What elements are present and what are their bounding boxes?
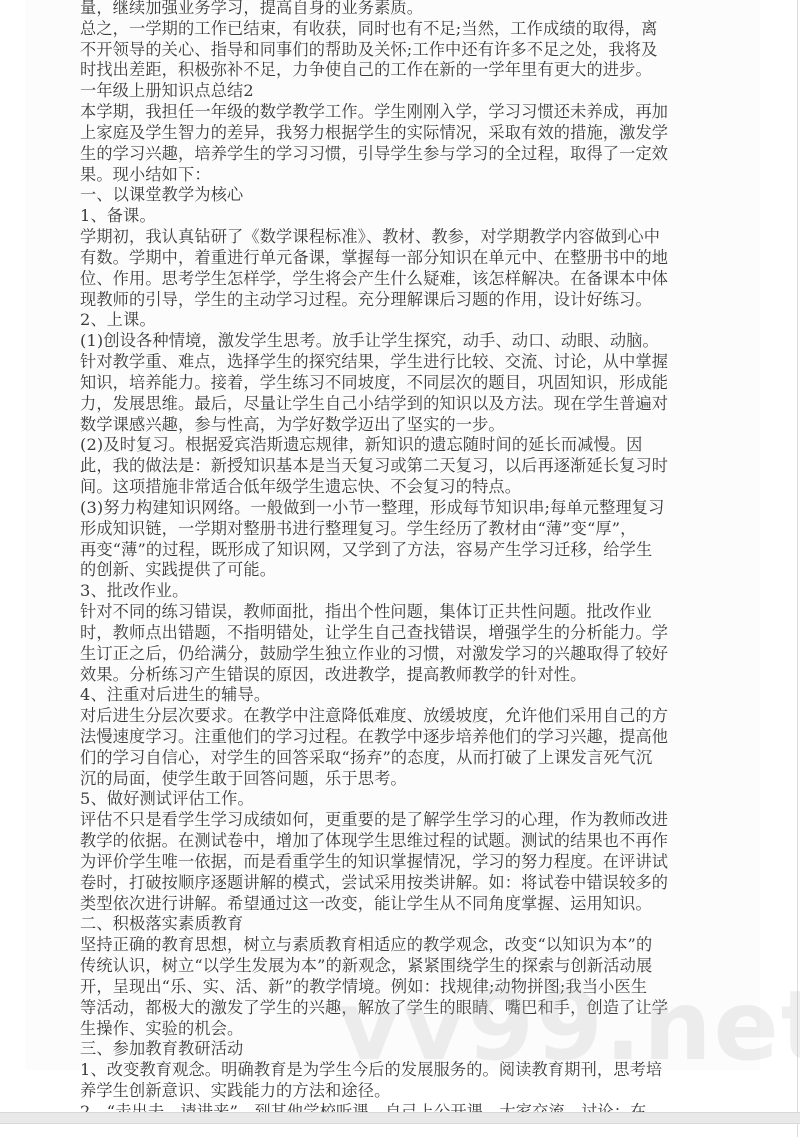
text-line: 数学课感兴趣，参与性高，为学好数学迈出了坚实的一步。 [80,415,725,436]
text-line: 间。这项措施非常适合低年级学生遗忘快、不会复习的特点。 [80,477,725,498]
text-line: 5、做好测试评估工作。 [80,789,725,810]
text-line: 量，继续加强业务学习，提高自身的业务素质。 [80,0,725,19]
text-line: 本学期，我担任一年级的数学教学工作。学生刚刚入学，学习习惯还未养成，再加 [80,102,725,123]
text-line: 法慢速度学习。注重他们的学习过程。在教学中逐步培养他们的学习兴趣，提高他 [80,727,725,748]
text-line: 一年级上册知识点总结2 [80,81,725,102]
text-line: 2、上课。 [80,310,725,331]
text-line: 总之，一学期的工作已结束，有收获，同时也有不足;当然，工作成绩的取得，离 [80,19,725,40]
text-line: (2)及时复习。根据爱宾浩斯遗忘规律，新知识的遗忘随时间的延长而减慢。因 [80,435,725,456]
page-separator [0,1112,800,1124]
text-line: 果。现小结如下： [80,165,725,186]
text-line: 的创新、实践提供了可能。 [80,560,725,581]
next-page [0,1124,798,1137]
text-line: 位、作用。思考学生怎样学，学生将会产生什么疑难，该怎样解决。在备课本中体 [80,269,725,290]
text-line: 时找出差距，积极弥补不足，力争使自己的工作在新的一学年里有更大的进步。 [80,60,725,81]
text-line: 形成知识链，一学期对整册书进行整理复习。学生经历了教材由“薄”变“厚”， [80,519,725,540]
text-line: 们的学习自信心，对学生的回答采取“扬弃”的态度，从而打破了上课发言死气沉 [80,748,725,769]
document-page: 量，继续加强业务学习，提高自身的业务素质。总之，一学期的工作已结束，有收获，同时… [0,0,798,1112]
text-line: 学期初，我认真钻研了《数学课程标准》、教材、教参，对学期教学内容做到心中 [80,227,725,248]
text-line: 效果。分析练习产生错误的原因，改进教学，提高教师教学的针对性。 [80,665,725,686]
text-line: 一、以课堂教学为核心 [80,185,725,206]
document-body: 量，继续加强业务学习，提高自身的业务素质。总之，一学期的工作已结束，有收获，同时… [80,0,725,1123]
text-line: 教学的依据。在测试卷中，增加了体现学生思维过程的试题。测试的结果也不再作 [80,831,725,852]
text-line: 生的学习兴趣，培养学生的学习习惯，引导学生参与学习的全过程，取得了一定效 [80,144,725,165]
text-line: 不开领导的关心、指导和同事们的帮助及关怀;工作中还有许多不足之处，我将及 [80,40,725,61]
text-line: 4、注重对后进生的辅导。 [80,685,725,706]
text-line: 养学生创新意识、实践能力的方法和途径。 [80,1081,725,1102]
text-line: 评估不只是看学生学习成绩如何，更重要的是了解学生学习的心理，作为教师改进 [80,810,725,831]
text-line: 再变“薄”的过程，既形成了知识网，又学到了方法，容易产生学习迁移，给学生 [80,540,725,561]
text-line: 二、积极落实素质教育 [80,914,725,935]
text-line: 卷时，打破按顺序逐题讲解的模式，尝试采用按类讲解。如：将试卷中错误较多的 [80,873,725,894]
text-line: (3)努力构建知识网络。一般做到一小节一整理，形成每节知识串;每单元整理复习 [80,498,725,519]
text-line: 有数。学期中，着重进行单元备课，掌握每一部分知识在单元中、在整册书中的地 [80,248,725,269]
text-line: 力，发展思维。最后，尽量让学生自己小结学到的知识以及方法。现在学生普遍对 [80,394,725,415]
text-line: 类型依次进行讲解。希望通过这一改变，能让学生从不同角度掌握、运用知识。 [80,894,725,915]
text-line: 沉的局面，使学生敢于回答问题，乐于思考。 [80,769,725,790]
text-line: 为评价学生唯一依据，而是看重学生的知识掌握情况，学习的努力程度。在评讲试 [80,852,725,873]
text-line: 对后进生分层次要求。在教学中注意降低难度、放缓坡度，允许他们采用自己的方 [80,706,725,727]
watermark: vv99.net [338,978,800,1074]
text-line: 此，我的做法是：新授知识基本是当天复习或第二天复习，以后再逐渐延长复习时 [80,456,725,477]
text-line: 上家庭及学生智力的差异，我努力根据学生的实际情况，采取有效的措施，激发学 [80,123,725,144]
text-line: 针对教学重、难点，选择学生的探究结果，学生进行比较、交流、讨论，从中掌握 [80,352,725,373]
text-line: 1、备课。 [80,206,725,227]
text-line: 现教师的引导，学生的主动学习过程。充分理解课后习题的作用，设计好练习。 [80,290,725,311]
text-line: (1)创设各种情境，激发学生思考。放手让学生探究，动手、动口、动眼、动脑。 [80,331,725,352]
text-line: 知识，培养能力。接着，学生练习不同坡度，不同层次的题目，巩固知识，形成能 [80,373,725,394]
text-line: 3、批改作业。 [80,581,725,602]
text-line: 生订正之后，仍给满分，鼓励学生独立作业的习惯，对激发学习的兴趣取得了较好 [80,644,725,665]
text-line: 坚持正确的教育思想，树立与素质教育相适应的教学观念，改变“以知识为本”的 [80,935,725,956]
text-line: 针对不同的练习错误，教师面批，指出个性问题，集体订正共性问题。批改作业 [80,602,725,623]
text-line: 时，教师点出错题，不指明错处，让学生自己查找错误，增强学生的分析能力。学 [80,623,725,644]
